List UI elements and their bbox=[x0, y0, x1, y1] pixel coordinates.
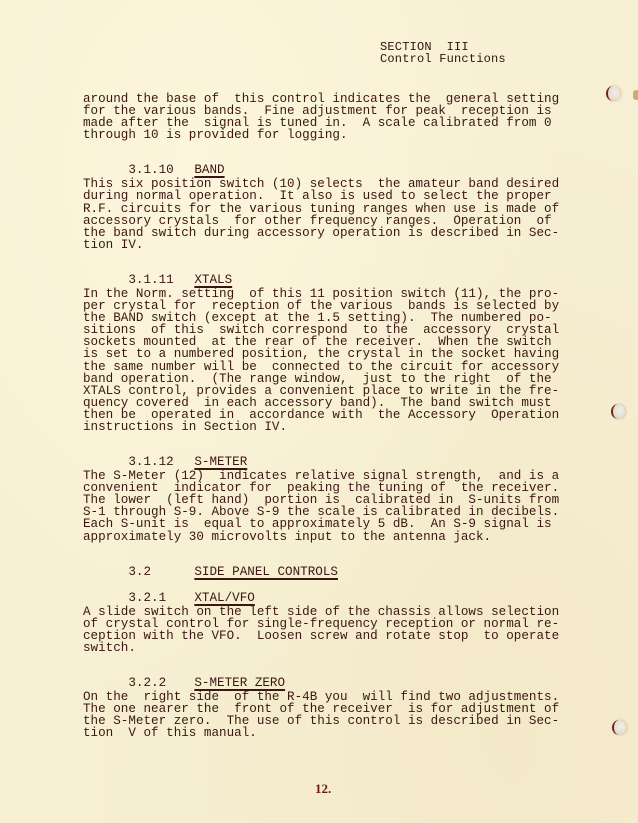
section-title: XTALS bbox=[194, 273, 232, 287]
text-line: tion IV. bbox=[83, 239, 561, 251]
text-line: Each S-unit is equal to approximately 5 … bbox=[83, 518, 561, 530]
section-heading-s-meter-zero: 3.2.2S-METER ZERO bbox=[83, 665, 561, 678]
section-number: 3.2.1 bbox=[128, 592, 194, 604]
page-content: around the base of this control indicate… bbox=[83, 93, 561, 750]
section-title: XTAL/VFO bbox=[194, 591, 254, 605]
section-title: SIDE PANEL CONTROLS bbox=[194, 565, 338, 579]
text-line: accessory crystals for other frequency r… bbox=[83, 215, 561, 227]
band-paragraph: This six position switch (10) selects th… bbox=[83, 178, 561, 251]
edge-mark bbox=[633, 90, 638, 100]
section-title: BAND bbox=[194, 163, 224, 177]
text-line: the same number will be connected to the… bbox=[83, 361, 561, 373]
intro-paragraph: around the base of this control indicate… bbox=[83, 93, 561, 141]
s-meter-paragraph: The S-Meter (12) indicates relative sign… bbox=[83, 470, 561, 543]
section-heading-s-meter: 3.1.12S-METER bbox=[83, 444, 561, 457]
section-number: 3.2 bbox=[128, 566, 194, 578]
text-line: tion V of this manual. bbox=[83, 727, 561, 739]
section-number: 3.1.10 bbox=[128, 164, 194, 176]
s-meter-zero-paragraph: On the right side of the R-4B you will f… bbox=[83, 691, 561, 739]
section-heading-xtals: 3.1.11XTALS bbox=[83, 262, 561, 275]
section-heading-band: 3.1.10BAND bbox=[83, 152, 561, 165]
text-line: A slide switch on the left side of the c… bbox=[83, 606, 561, 618]
section-number: 3.1.12 bbox=[128, 456, 194, 468]
text-line: the band switch during accessory operati… bbox=[83, 227, 561, 239]
text-line: approximately 30 microvolts input to the… bbox=[83, 531, 561, 543]
text-line: R.F. circuits for the various tuning ran… bbox=[83, 203, 561, 215]
xtal-vfo-paragraph: A slide switch on the left side of the c… bbox=[83, 606, 561, 654]
section-heading-xtal-vfo: 3.2.1XTAL/VFO bbox=[83, 580, 561, 593]
text-line: switch. bbox=[83, 642, 561, 654]
text-line: through 10 is provided for logging. bbox=[83, 129, 561, 141]
section-subtitle: Control Functions bbox=[380, 53, 506, 65]
text-line: during normal operation. It also is used… bbox=[83, 190, 561, 202]
section-number: 3.1.11 bbox=[128, 274, 194, 286]
punch-hole-icon bbox=[612, 720, 626, 735]
punch-hole-icon bbox=[606, 86, 620, 101]
text-line: XTALS control, provides a convenient pla… bbox=[83, 385, 561, 397]
text-line: of crystal control for single-frequency … bbox=[83, 618, 561, 630]
section-title: S-METER bbox=[194, 455, 247, 469]
text-line: is set to a numbered position, the cryst… bbox=[83, 348, 561, 360]
page-number: 12. bbox=[315, 781, 331, 797]
text-line: instructions in Section IV. bbox=[83, 421, 561, 433]
section-number: 3.2.2 bbox=[128, 677, 194, 689]
text-line: band operation. (The range window, just … bbox=[83, 373, 561, 385]
section-heading-side-panel-controls: 3.2SIDE PANEL CONTROLS bbox=[83, 554, 561, 567]
section-title: S-METER ZERO bbox=[194, 676, 285, 690]
punch-hole-icon bbox=[611, 404, 625, 419]
text-line: ception with the VFO. Loosen screw and r… bbox=[83, 630, 561, 642]
page-header: SECTION III Control Functions bbox=[380, 41, 506, 65]
manual-page: SECTION III Control Functions around the… bbox=[0, 0, 638, 823]
xtals-paragraph: In the Norm. setting of this 11 position… bbox=[83, 288, 561, 433]
